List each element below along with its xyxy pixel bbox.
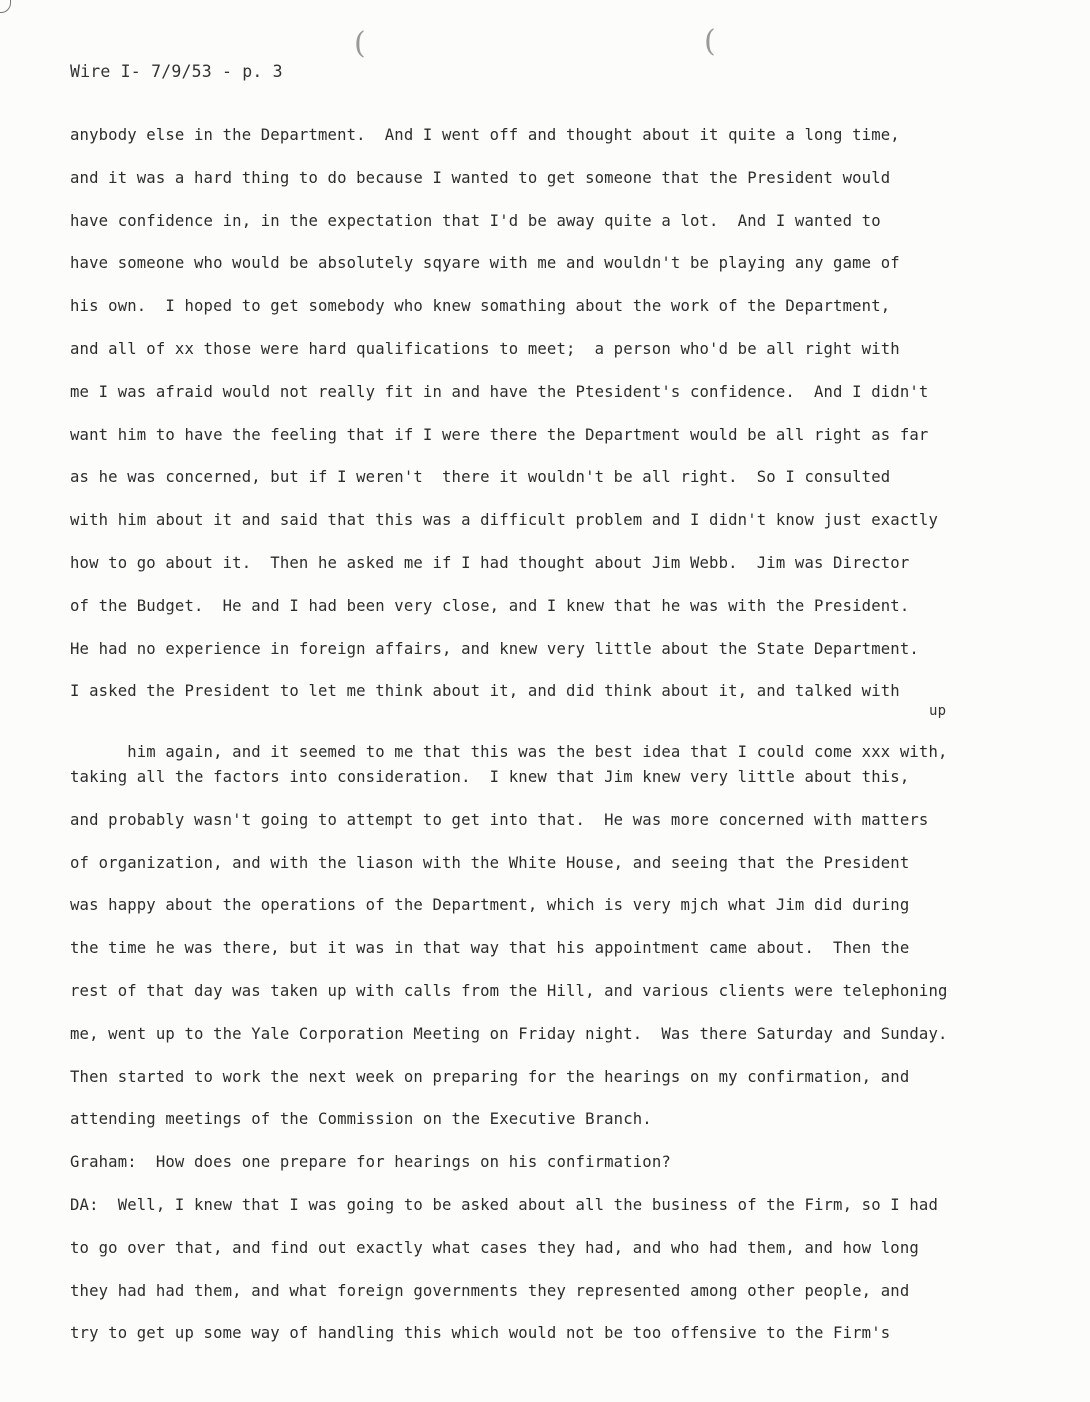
page-header: Wire I- 7/9/53 - p. 3: [70, 62, 283, 81]
text-line: I asked the President to let me think ab…: [70, 682, 1060, 725]
punch-hole-mark-right: (: [704, 24, 716, 59]
speaker-line-da: DA: Well, I knew that I was going to be …: [70, 1196, 1060, 1239]
text-line: me I was afraid would not really fit in …: [70, 383, 1060, 426]
text-line: how to go about it. Then he asked me if …: [70, 554, 1060, 597]
text-line: want him to have the feeling that if I w…: [70, 426, 1060, 469]
text-line: rest of that day was taken up with calls…: [70, 982, 1060, 1025]
text-line: of the Budget. He and I had been very cl…: [70, 597, 1060, 640]
text-line: taking all the factors into consideratio…: [70, 768, 1060, 811]
text-line: and it was a hard thing to do because I …: [70, 169, 1060, 212]
text-line: to go over that, and find out exactly wh…: [70, 1239, 1060, 1282]
text-line: have someone who would be absolutely sqy…: [70, 254, 1060, 297]
text-line: try to get up some way of handling this …: [70, 1324, 1060, 1367]
text-line: of organization, and with the liason wit…: [70, 854, 1060, 897]
punch-hole-mark-left: (: [354, 26, 366, 61]
document-page: ( ( Wire I- 7/9/53 - p. 3 anybody else i…: [0, 0, 1090, 1402]
text-line: have confidence in, in the expectation t…: [70, 212, 1060, 255]
transcript-body: anybody else in the Department. And I we…: [70, 126, 1060, 1367]
text-line: and probably wasn't going to attempt to …: [70, 811, 1060, 854]
text-line: they had had them, and what foreign gove…: [70, 1282, 1060, 1325]
text-line: He had no experience in foreign affairs,…: [70, 640, 1060, 683]
page-corner-mark: [0, 0, 11, 13]
text-line: me, went up to the Yale Corporation Meet…: [70, 1025, 1060, 1068]
text-line: was happy about the operations of the De…: [70, 896, 1060, 939]
text-line: as he was concerned, but if I weren't th…: [70, 468, 1060, 511]
text-line: with him about it and said that this was…: [70, 511, 1060, 554]
text-line: Then started to work the next week on pr…: [70, 1068, 1060, 1111]
text-line: his own. I hoped to get somebody who kne…: [70, 297, 1060, 340]
text-line: and all of xx those were hard qualificat…: [70, 340, 1060, 383]
text-line: attending meetings of the Commission on …: [70, 1110, 1060, 1153]
handwritten-insert: up: [929, 703, 946, 719]
text-line: him again, and it seemed to me that this…: [127, 743, 947, 761]
speaker-line-graham: Graham: How does one prepare for hearing…: [70, 1153, 1060, 1196]
text-line: anybody else in the Department. And I we…: [70, 126, 1060, 169]
text-line-with-insert: him again, and it seemed to me that this…: [70, 725, 1060, 768]
text-line: the time he was there, but it was in tha…: [70, 939, 1060, 982]
